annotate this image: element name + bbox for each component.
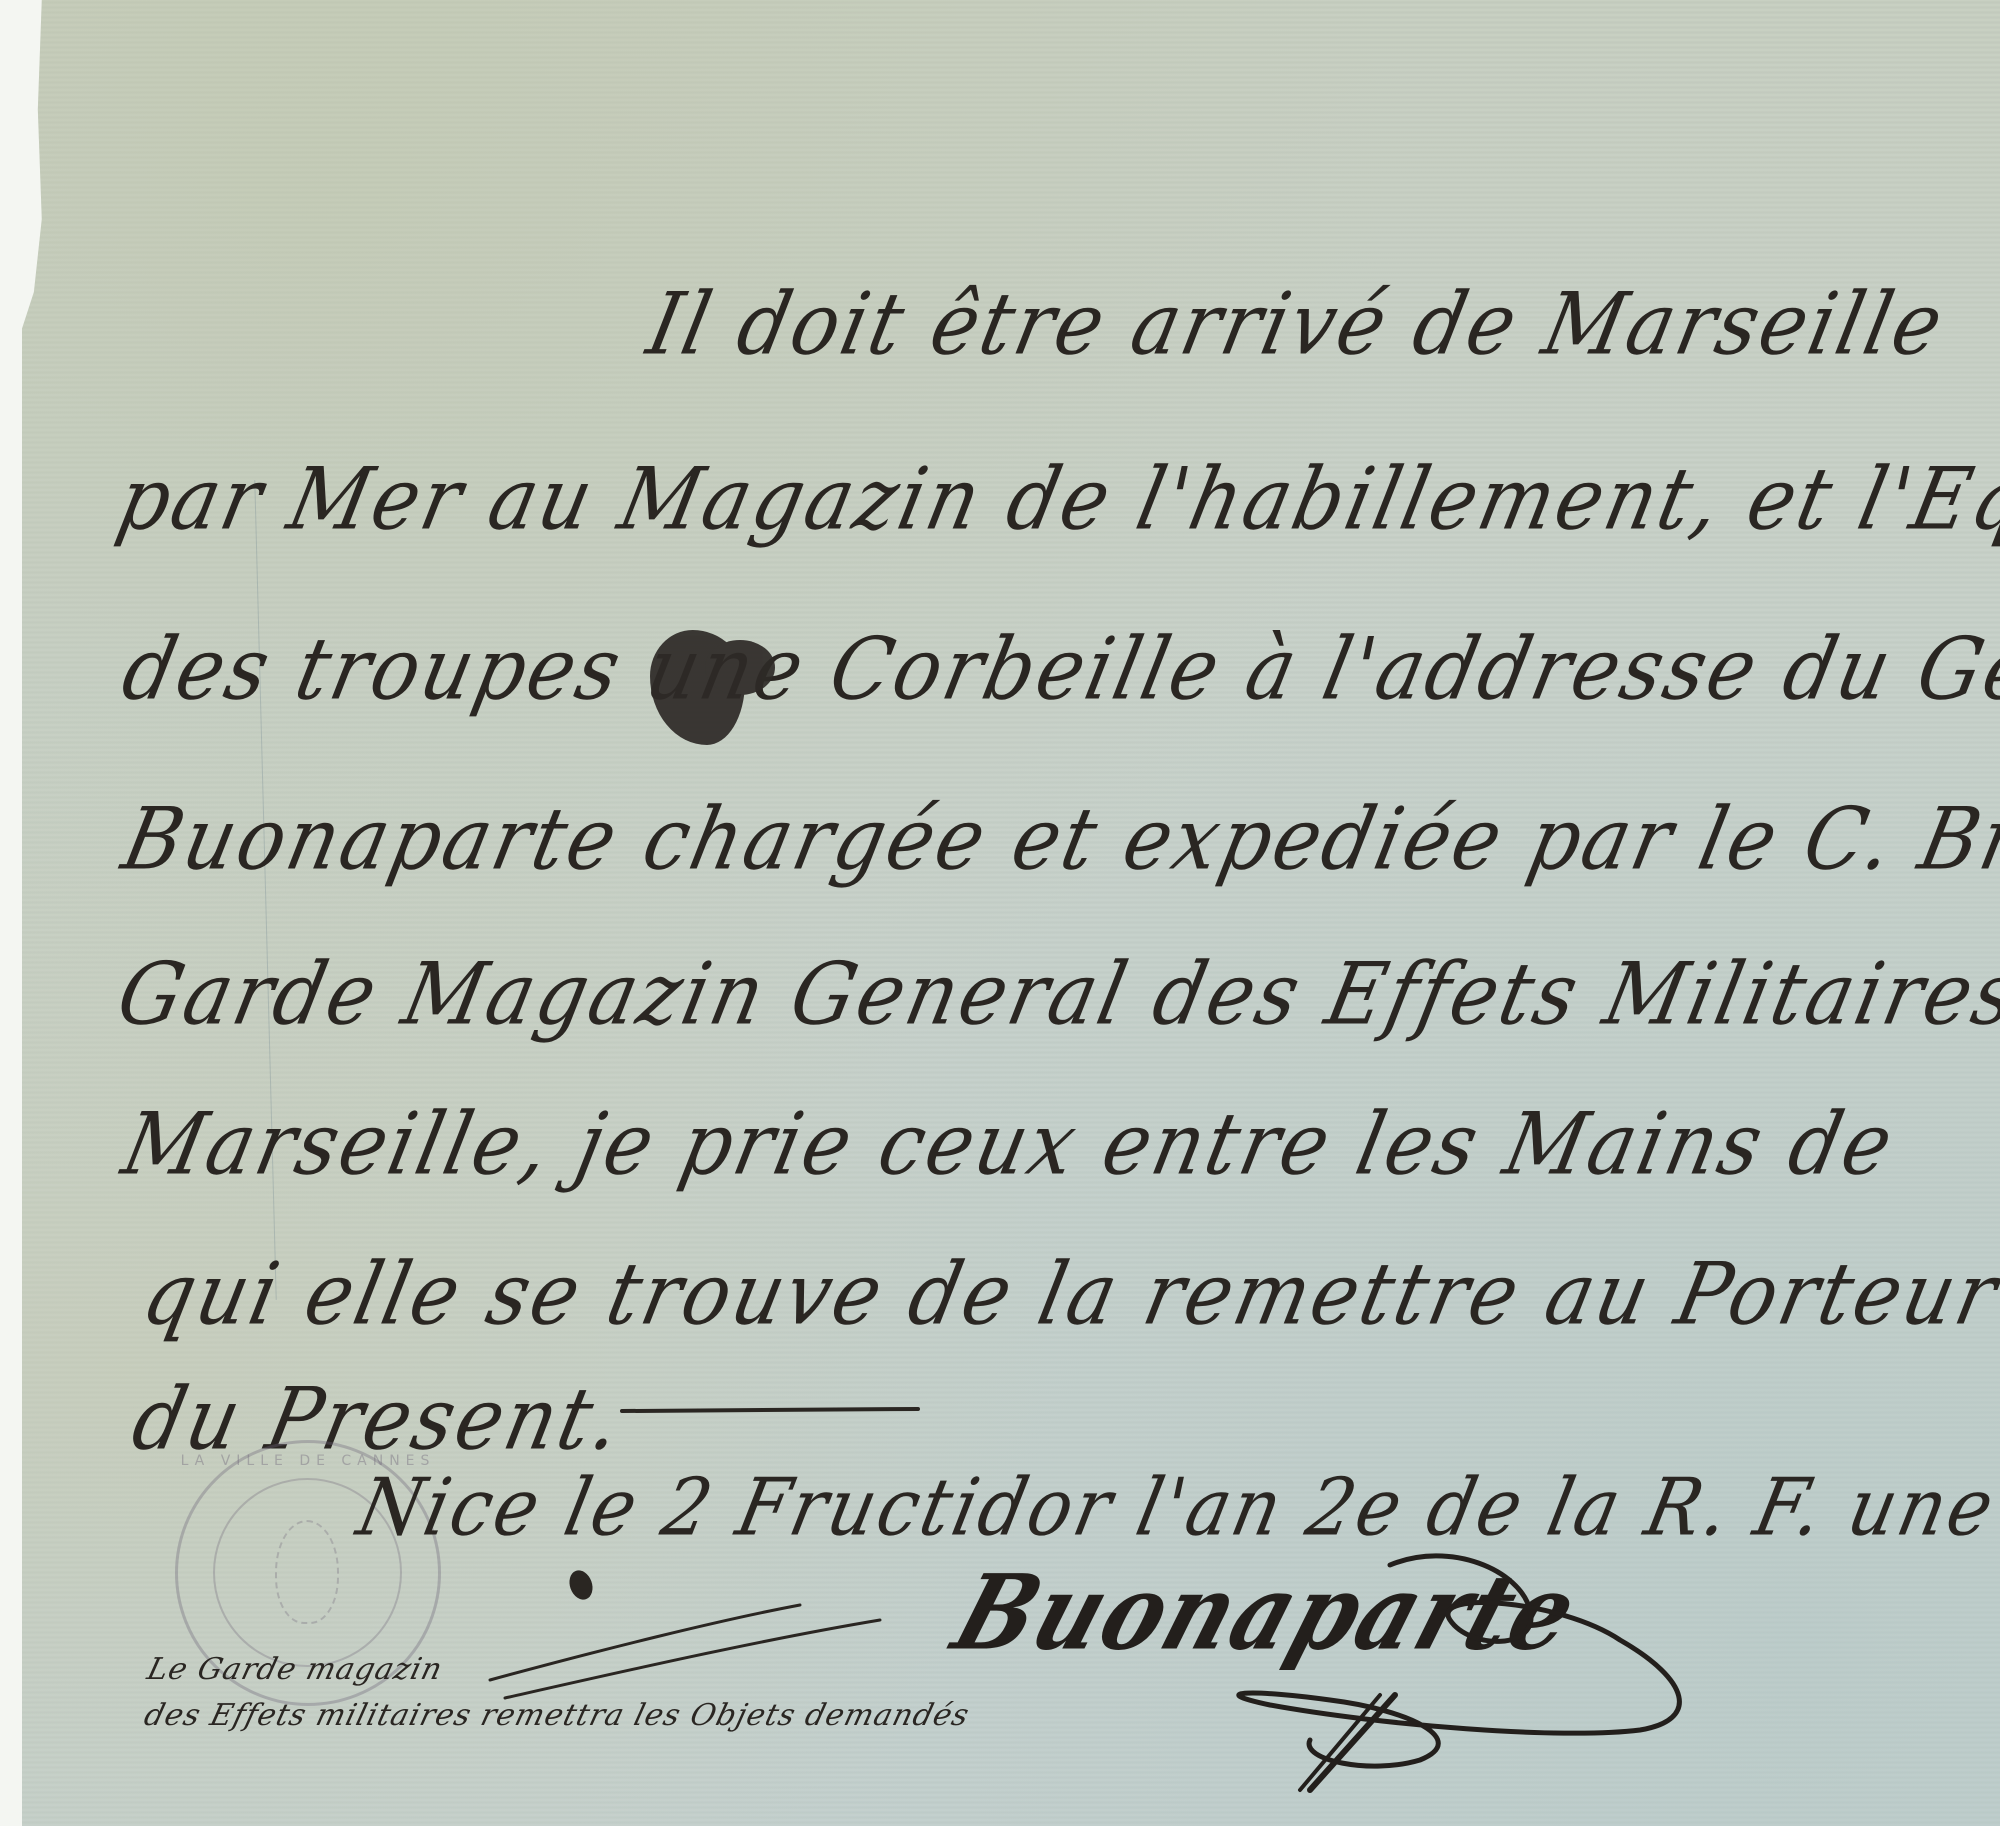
marginal-note-line-1: Le Garde magazin — [144, 1652, 447, 1687]
body-line-6: Marseille, je prie ceux entre les Mains … — [114, 1096, 1903, 1195]
dateline: Nice le 2 Fructidor l'an 2e de la R. F. … — [350, 1461, 2000, 1553]
body-line-4: Buonaparte chargée et expediée par le C.… — [114, 791, 2000, 890]
stamp-emblem-icon — [275, 1520, 339, 1624]
body-line-1: Il doit être arrivé de Marseille — [639, 276, 1953, 375]
marginal-note-line-2: des Effets militaires remettra les Objet… — [141, 1698, 974, 1733]
body-line-3: des troupes une Corbeille à l'addresse d… — [114, 621, 2000, 720]
signature: Buonaparte — [940, 1552, 1592, 1674]
body-line-5: Garde Magazin General des Effets Militai… — [109, 946, 2000, 1045]
body-line-2: par Mer au Magazin de l'habillement, et … — [109, 451, 2000, 550]
body-line-7: qui elle se trouve de la remettre au Por… — [134, 1246, 2000, 1345]
